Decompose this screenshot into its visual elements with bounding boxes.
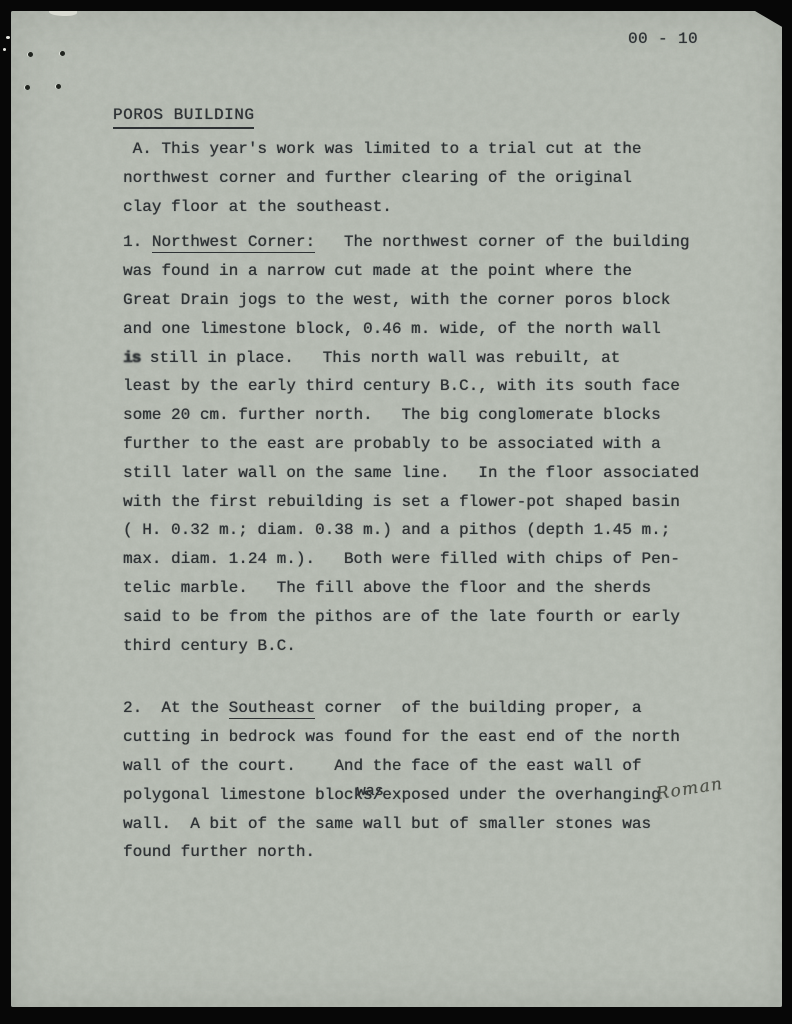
- document-heading: POROS BUILDING: [113, 103, 254, 129]
- text-line: Great Drain jogs to the west, with the c…: [123, 286, 723, 315]
- paragraph-1-northwest-corner: 1. Northwest Corner: The northwest corne…: [113, 228, 723, 660]
- text-line: 1. Northwest Corner: The northwest corne…: [123, 228, 723, 257]
- text-line: A. This year's work was limited to a tri…: [123, 135, 723, 164]
- text-line: wall. A bit of the same wall but of smal…: [123, 810, 723, 839]
- text-line: third century B.C.: [123, 632, 723, 661]
- text-line: said to be from the pithos are of the la…: [123, 603, 723, 632]
- punch-hole: [56, 84, 61, 89]
- text-line: telic marble. The fill above the floor a…: [123, 574, 723, 603]
- text-line: still later wall on the same line. In th…: [123, 459, 723, 488]
- text-line: and one limestone block, 0.46 m. wide, o…: [123, 315, 723, 344]
- text-line: max. diam. 1.24 m.). Both were filled wi…: [123, 545, 723, 574]
- document-content: POROS BUILDING A. This year's work was l…: [113, 103, 723, 867]
- underlined-text: Northwest Corner:: [152, 233, 315, 253]
- document-page: 00 - 10 POROS BUILDING A. This year's wo…: [11, 11, 782, 1007]
- paragraph-a: A. This year's work was limited to a tri…: [113, 135, 723, 221]
- text-line: further to the east are probably to be a…: [123, 430, 723, 459]
- paper-tear: [49, 9, 77, 17]
- dust-speck: [3, 48, 6, 51]
- underlined-text: Southeast: [229, 699, 315, 719]
- document-body: A. This year's work was limited to a tri…: [113, 135, 723, 867]
- dust-speck: [6, 36, 10, 39]
- text-line: found further north.: [123, 838, 723, 867]
- text-line: was found in a narrow cut made at the po…: [123, 257, 723, 286]
- scan-background: 00 - 10 POROS BUILDING A. This year's wo…: [0, 0, 792, 1024]
- punch-hole: [60, 51, 65, 56]
- text-line: 2. At the Southeast corner of the buildi…: [123, 694, 723, 723]
- punch-hole: [28, 52, 33, 57]
- text-line: polygonal limestone blockswas/exposed un…: [123, 781, 723, 810]
- text-line: with the first rebuilding is set a flowe…: [123, 488, 723, 517]
- page-number: 00 - 10: [628, 30, 698, 48]
- paragraph-2-southeast-corner: 2. At the Southeast corner of the buildi…: [113, 694, 723, 867]
- text-line: cutting in bedrock was found for the eas…: [123, 723, 723, 752]
- text-line: wall of the court. And the face of the e…: [123, 752, 723, 781]
- text-line: some 20 cm. further north. The big congl…: [123, 401, 723, 430]
- text-line: northwest corner and further clearing of…: [123, 164, 723, 193]
- text-line: ( H. 0.32 m.; diam. 0.38 m.) and a pitho…: [123, 516, 723, 545]
- punch-hole: [25, 85, 30, 90]
- text-line: least by the early third century B.C., w…: [123, 372, 723, 401]
- text-line: clay floor at the southeast.: [123, 193, 723, 222]
- text-line: is still in place. This north wall was r…: [123, 344, 723, 373]
- overstruck-text: is: [123, 349, 140, 367]
